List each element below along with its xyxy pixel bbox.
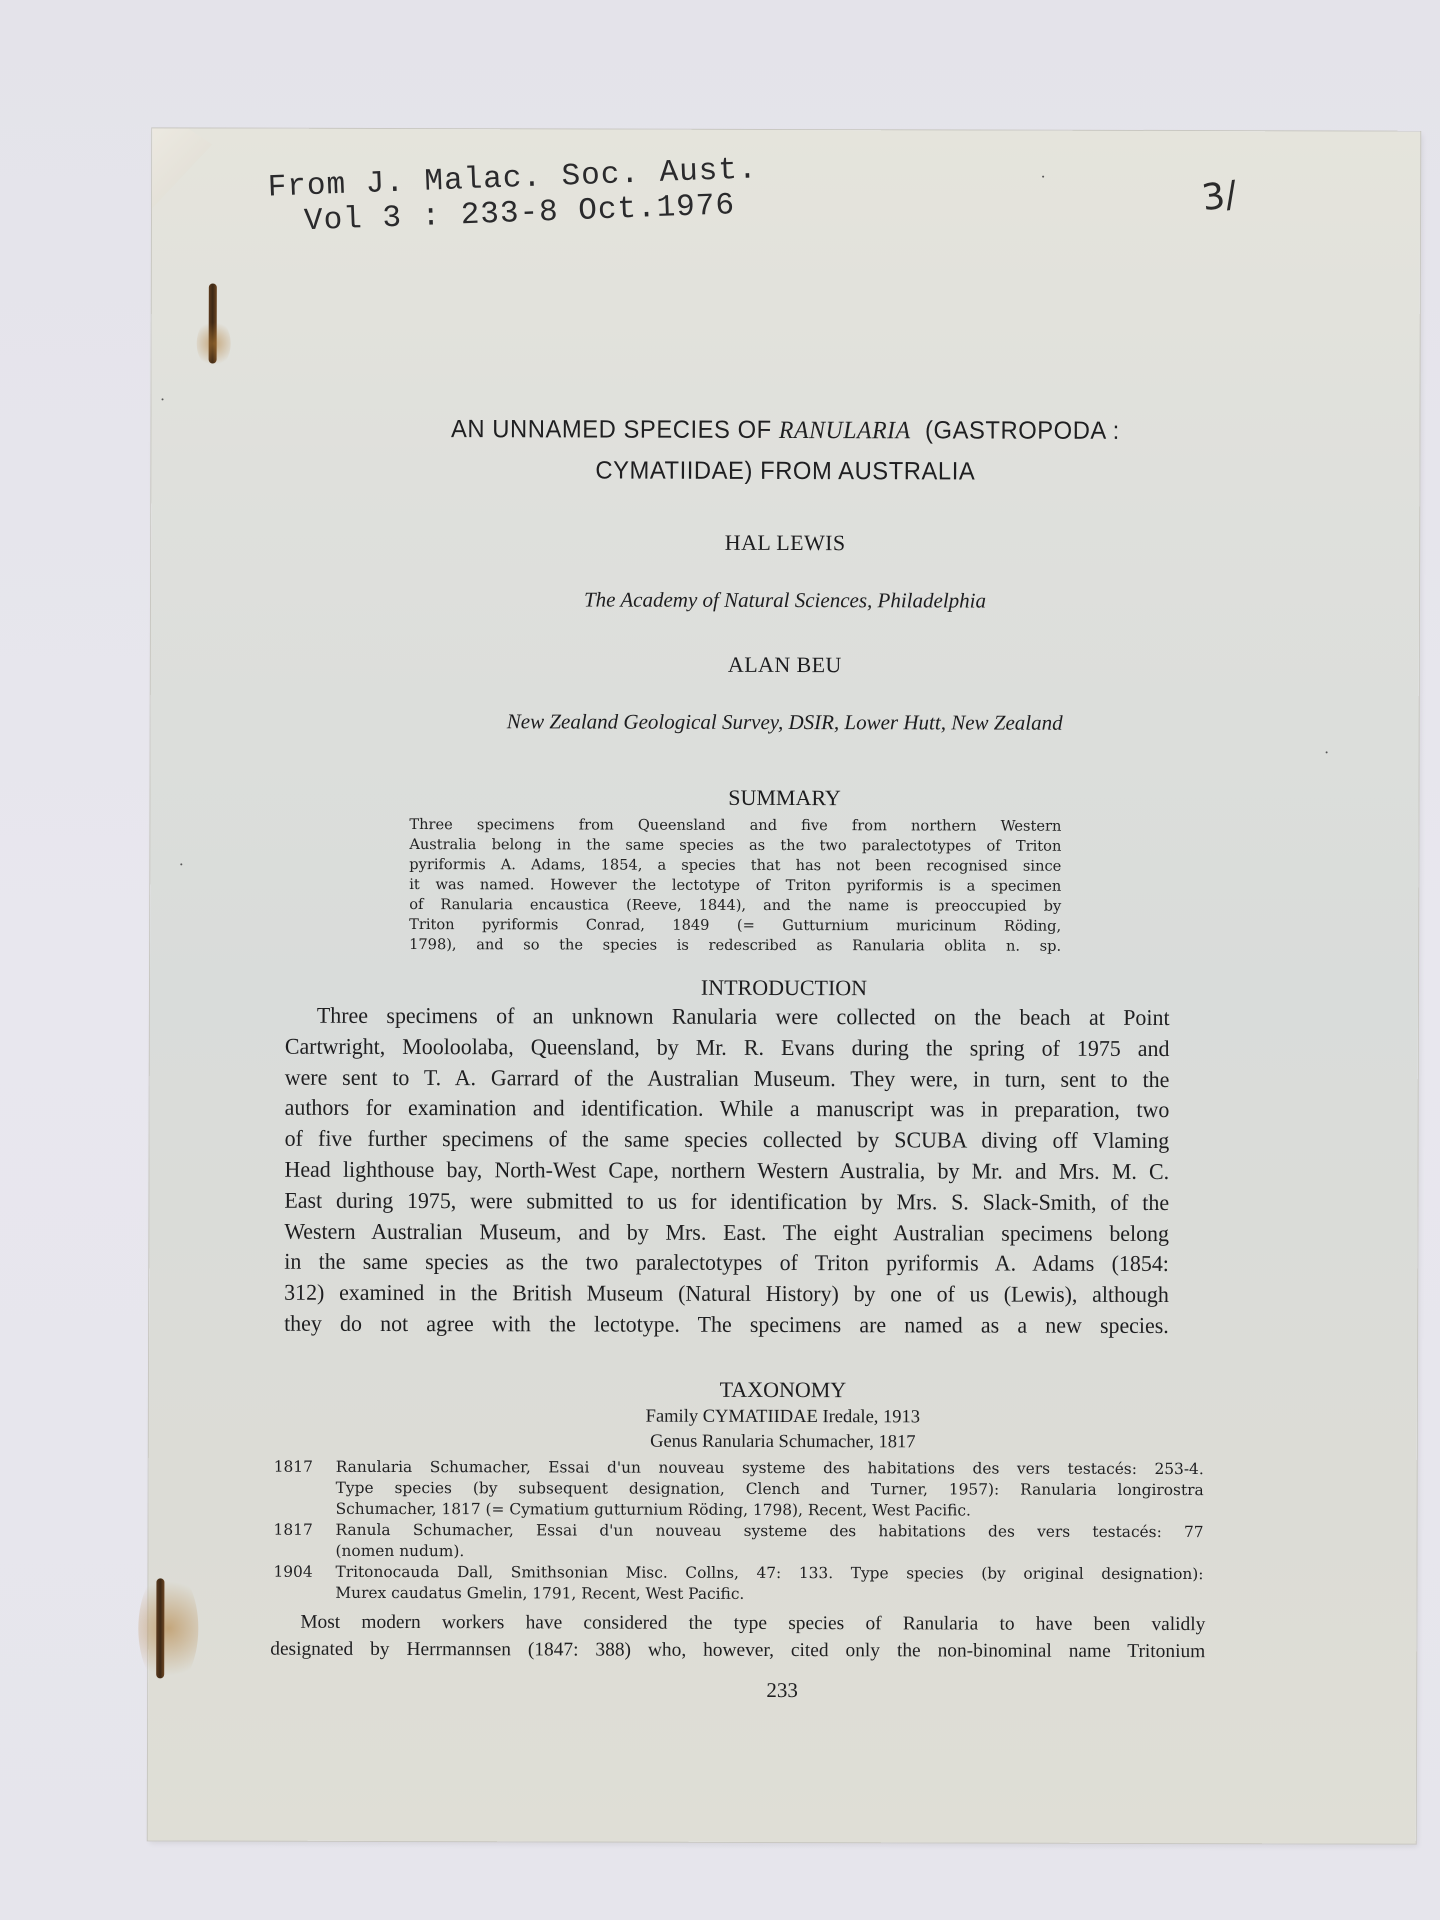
paper-speck [1042, 176, 1044, 178]
taxonomy-closing-paragraph: Most modern workers have considered the … [270, 1609, 1205, 1665]
title-line-1: AN UNNAMED SPECIES OF RANULARIA (GASTROP… [183, 408, 1388, 452]
summary-text: Three specimens from Queensland and five… [409, 815, 1061, 957]
handwritten-mark: 3/ [1199, 174, 1239, 219]
summary-heading: SUMMARY [150, 783, 1418, 812]
page-number: 233 [148, 1676, 1416, 1704]
title-line-2: CYMATIIDAE) FROM AUSTRALIA [183, 449, 1388, 492]
author-affiliation-1: The Academy of Natural Sciences, Philade… [151, 586, 1419, 614]
author-name-1: HAL LEWIS [151, 528, 1419, 557]
synonymy-entry: 1817 Ranularia Schumacher, Essai d'un no… [274, 1457, 1204, 1522]
rust-stain-top [197, 318, 231, 368]
synonymy-entry: 1904 Tritonocauda Dall, Smithsonian Misc… [273, 1562, 1203, 1606]
paper-speck [180, 863, 182, 865]
taxonomy-heading: TAXONOMY [149, 1375, 1417, 1404]
title-genus: RANULARIA [779, 417, 911, 444]
paper-speck [1326, 751, 1328, 753]
journal-citation-stamp: From J. Malac. Soc. Aust. Vol 3 : 233-8 … [267, 152, 759, 240]
introduction-text: Three specimens of an unknown Ranularia … [284, 1001, 1170, 1342]
author-affiliation-2: New Zealand Geological Survey, DSIR, Low… [151, 708, 1419, 736]
taxonomy-family: Family CYMATIIDAE Iredale, 1913 [149, 1405, 1417, 1429]
synonymy-entry: 1817 Ranula Schumacher, Essai d'un nouve… [273, 1520, 1203, 1564]
paper-speck [162, 398, 164, 400]
taxonomy-genus: Genus Ranularia Schumacher, 1817 [149, 1430, 1417, 1454]
introduction-heading: INTRODUCTION [150, 973, 1418, 1002]
document-page: From J. Malac. Soc. Aust. Vol 3 : 233-8 … [148, 128, 1420, 1843]
folded-corner [152, 128, 212, 208]
rust-stain-bottom [138, 1568, 198, 1688]
synonymy-list: 1817 Ranularia Schumacher, Essai d'un no… [273, 1457, 1203, 1606]
staple-bottom [156, 1578, 164, 1678]
author-name-2: ALAN BEU [151, 650, 1419, 679]
paper-title: AN UNNAMED SPECIES OF RANULARIA (GASTROP… [183, 408, 1388, 492]
